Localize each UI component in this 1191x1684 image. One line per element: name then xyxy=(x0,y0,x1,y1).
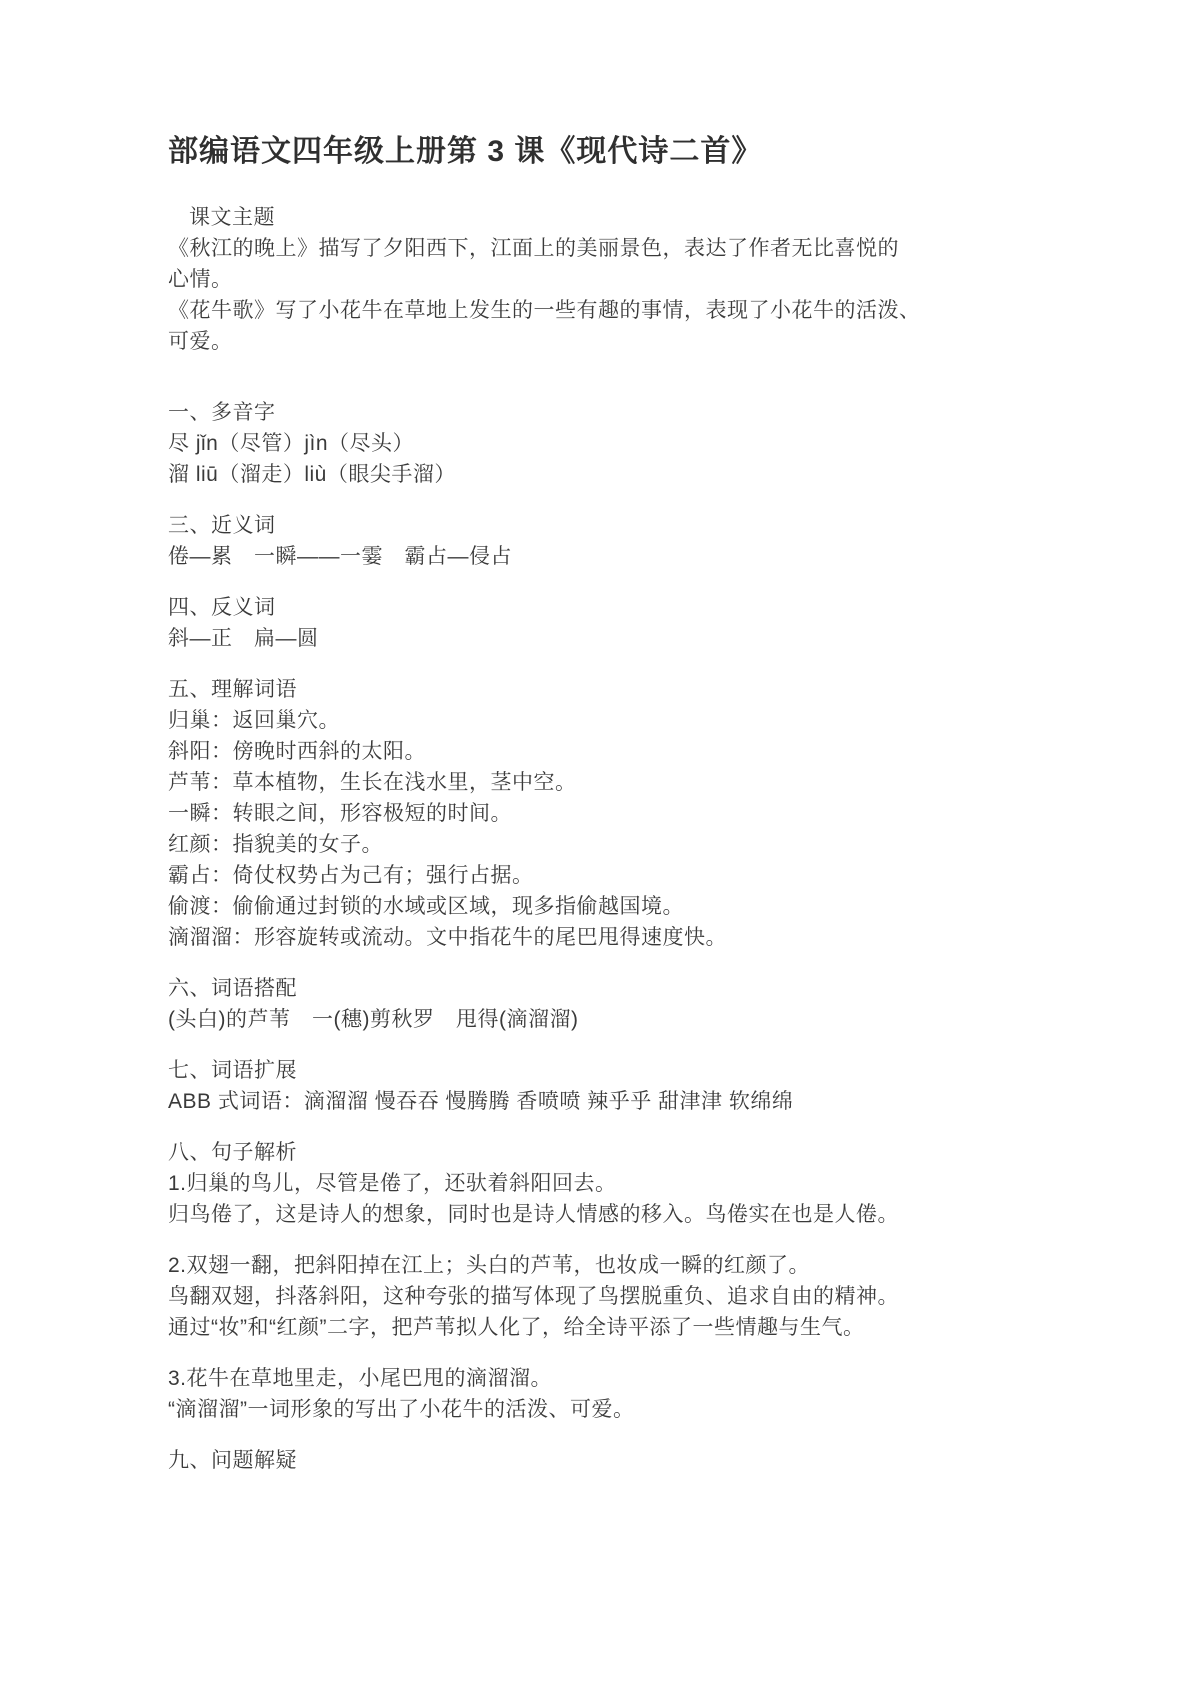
text-line: (头白)的芦苇 一(穗)剪秋罗 甩得(滴溜溜) xyxy=(168,1004,1131,1035)
text-line: 通过“妆”和“红颜”二字，把芦苇拟人化了，给全诗平添了一些情趣与生气。 xyxy=(168,1312,1131,1343)
section-heading: 八、句子解析 xyxy=(168,1137,1131,1168)
blank-line xyxy=(168,377,1131,397)
text-line: 归巢：返回巢穴。 xyxy=(168,705,1131,736)
blank-line xyxy=(168,1425,1131,1445)
text-line: 倦—累 一瞬——一霎 霸占—侵占 xyxy=(168,541,1131,572)
blank-line xyxy=(168,572,1131,592)
blank-line xyxy=(168,490,1131,510)
section-heading: 九、问题解疑 xyxy=(168,1445,1131,1476)
section-heading: 五、理解词语 xyxy=(168,674,1131,705)
section-heading: 四、反义词 xyxy=(168,592,1131,623)
blank-line xyxy=(168,953,1131,973)
blank-line xyxy=(168,1035,1131,1055)
section-heading: 三、近义词 xyxy=(168,510,1131,541)
page-title: 部编语文四年级上册第 3 课《现代诗二首》 xyxy=(168,130,1131,174)
section-heading: 六、词语搭配 xyxy=(168,973,1131,1004)
text-line: 红颜：指貌美的女子。 xyxy=(168,829,1131,860)
text-line: 《秋江的晚上》描写了夕阳西下，江面上的美丽景色，表达了作者无比喜悦的 xyxy=(168,233,1131,264)
text-line: 可爱。 xyxy=(168,326,1131,357)
text-line: 一瞬：转眼之间，形容极短的时间。 xyxy=(168,798,1131,829)
blank-line xyxy=(168,182,1131,202)
text-line: 鸟翻双翅，抖落斜阳，这种夸张的描写体现了鸟摆脱重负、追求自由的精神。 xyxy=(168,1281,1131,1312)
section-heading: 课文主题 xyxy=(168,202,1131,233)
blank-line xyxy=(168,654,1131,674)
document-page: 部编语文四年级上册第 3 课《现代诗二首》 课文主题 《秋江的晚上》描写了夕阳西… xyxy=(0,0,1191,1684)
section-heading: 七、词语扩展 xyxy=(168,1055,1131,1086)
text-line: 斜阳：傍晚时西斜的太阳。 xyxy=(168,736,1131,767)
text-line: ABB 式词语：滴溜溜 慢吞吞 慢腾腾 香喷喷 辣乎乎 甜津津 软绵绵 xyxy=(168,1086,1131,1117)
text-line: 斜—正 扁—圆 xyxy=(168,623,1131,654)
text-line: 霸占：倚仗权势占为己有；强行占据。 xyxy=(168,860,1131,891)
text-line: 3.花牛在草地里走，小尾巴甩的滴溜溜。 xyxy=(168,1363,1131,1394)
text-line: 1.归巢的鸟儿，尽管是倦了，还驮着斜阳回去。 xyxy=(168,1168,1131,1199)
text-line: 归鸟倦了，这是诗人的想象，同时也是诗人情感的移入。鸟倦实在也是人倦。 xyxy=(168,1199,1131,1230)
text-line: 溜 liū（溜走）liù（眼尖手溜） xyxy=(168,459,1131,490)
text-line: 心情。 xyxy=(168,264,1131,295)
text-line: 偷渡：偷偷通过封锁的水域或区域，现多指偷越国境。 xyxy=(168,891,1131,922)
text-line: 尽 jǐn（尽管）jìn（尽头） xyxy=(168,428,1131,459)
text-line: 2.双翅一翻，把斜阳掉在江上；头白的芦苇，也妆成一瞬的红颜了。 xyxy=(168,1250,1131,1281)
text-line: 《花牛歌》写了小花牛在草地上发生的一些有趣的事情，表现了小花牛的活泼、 xyxy=(168,295,1131,326)
blank-line xyxy=(168,1117,1131,1137)
blank-line xyxy=(168,1230,1131,1250)
section-heading: 一、多音字 xyxy=(168,397,1131,428)
text-line: 芦苇：草本植物，生长在浅水里，茎中空。 xyxy=(168,767,1131,798)
text-line: 滴溜溜：形容旋转或流动。文中指花牛的尾巴甩得速度快。 xyxy=(168,922,1131,953)
blank-line xyxy=(168,1343,1131,1363)
blank-line xyxy=(168,357,1131,377)
text-line: “滴溜溜”一词形象的写出了小花牛的活泼、可爱。 xyxy=(168,1394,1131,1425)
